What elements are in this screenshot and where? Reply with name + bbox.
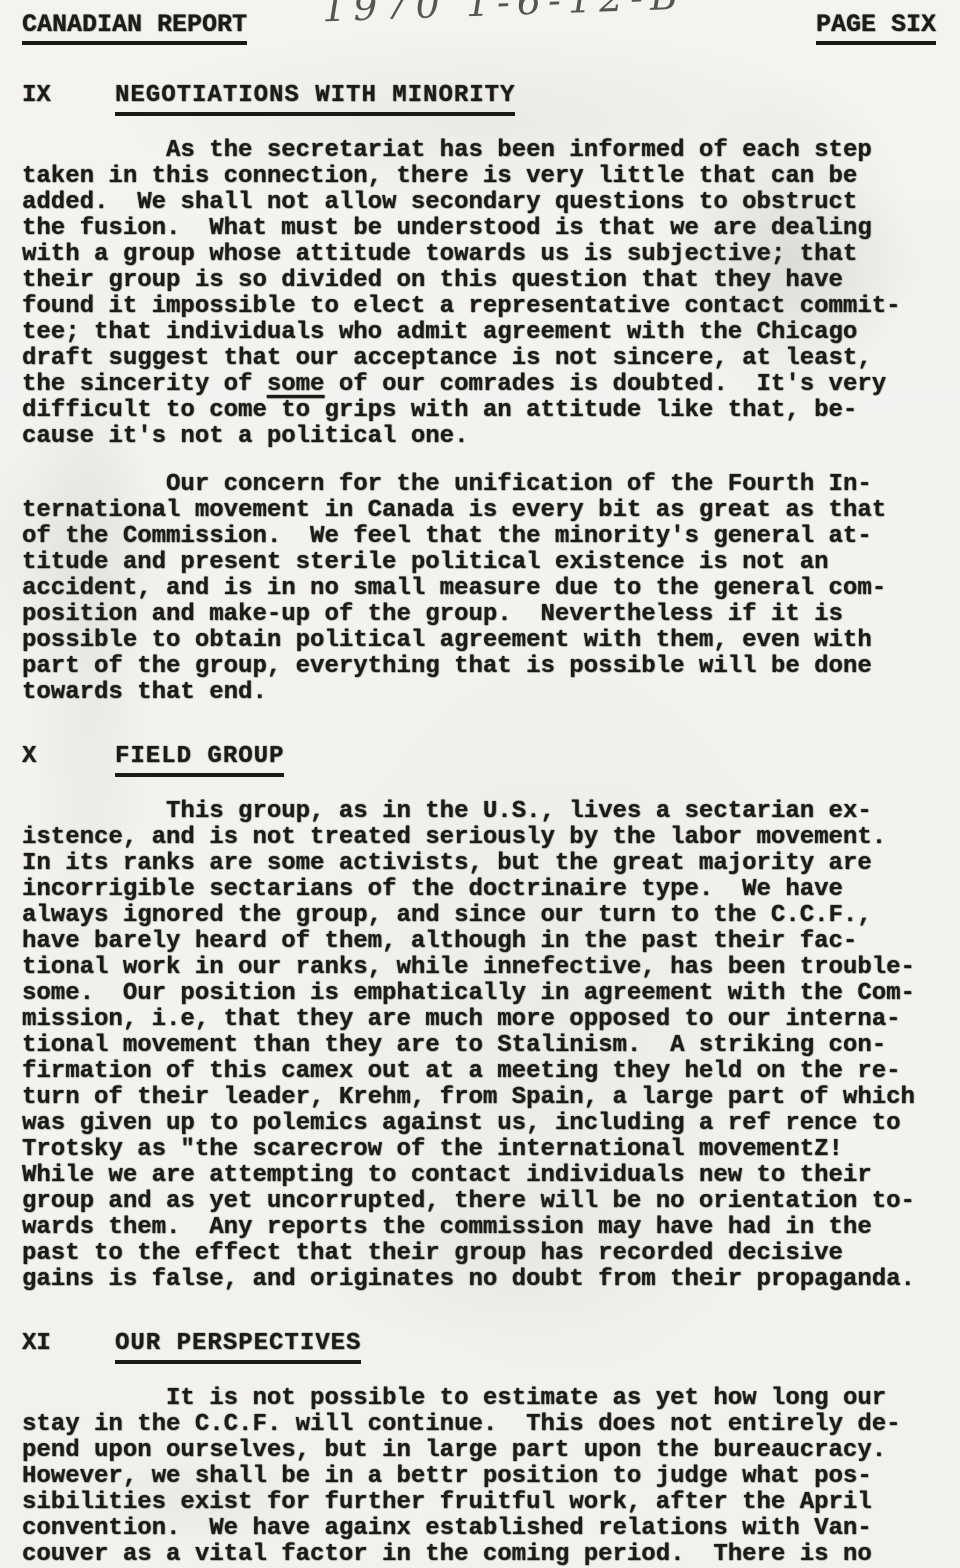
report-title: CANADIAN REPORT	[22, 12, 247, 45]
section-numeral: IX	[22, 83, 115, 116]
section-title: NEGOTIATIONS WITH MINORITY	[115, 83, 515, 116]
section-title: OUR PERSPECTIVES	[115, 1331, 361, 1364]
section-title: FIELD GROUP	[115, 744, 284, 777]
page-number: PAGE SIX	[816, 12, 936, 45]
section-heading: XI OUR PERSPECTIVES	[22, 1331, 936, 1364]
section-heading: X FIELD GROUP	[22, 744, 936, 777]
section-numeral: XI	[22, 1331, 115, 1364]
paragraph-text: As the secretariat has been informed of …	[22, 137, 901, 398]
section-negotiations-with-minority: IX NEGOTIATIONS WITH MINORITY As the sec…	[22, 83, 936, 706]
paragraph: It is not possible to estimate as yet ho…	[22, 1386, 936, 1568]
section-field-group: X FIELD GROUP This group, as in the U.S.…	[22, 744, 936, 1293]
paragraph: As the secretariat has been informed of …	[22, 138, 936, 450]
section-heading: IX NEGOTIATIONS WITH MINORITY	[22, 83, 936, 116]
paragraph: This group, as in the U.S., lives a sect…	[22, 799, 936, 1293]
paragraph: Our concern for the unification of the F…	[22, 472, 936, 706]
underlined-word: some	[267, 371, 325, 398]
document-page: 1970 1-6-12-B CANADIAN REPORT PAGE SIX I…	[0, 0, 960, 1568]
section-numeral: X	[22, 744, 115, 777]
section-our-perspectives: XI OUR PERSPECTIVES It is not possible t…	[22, 1331, 936, 1568]
